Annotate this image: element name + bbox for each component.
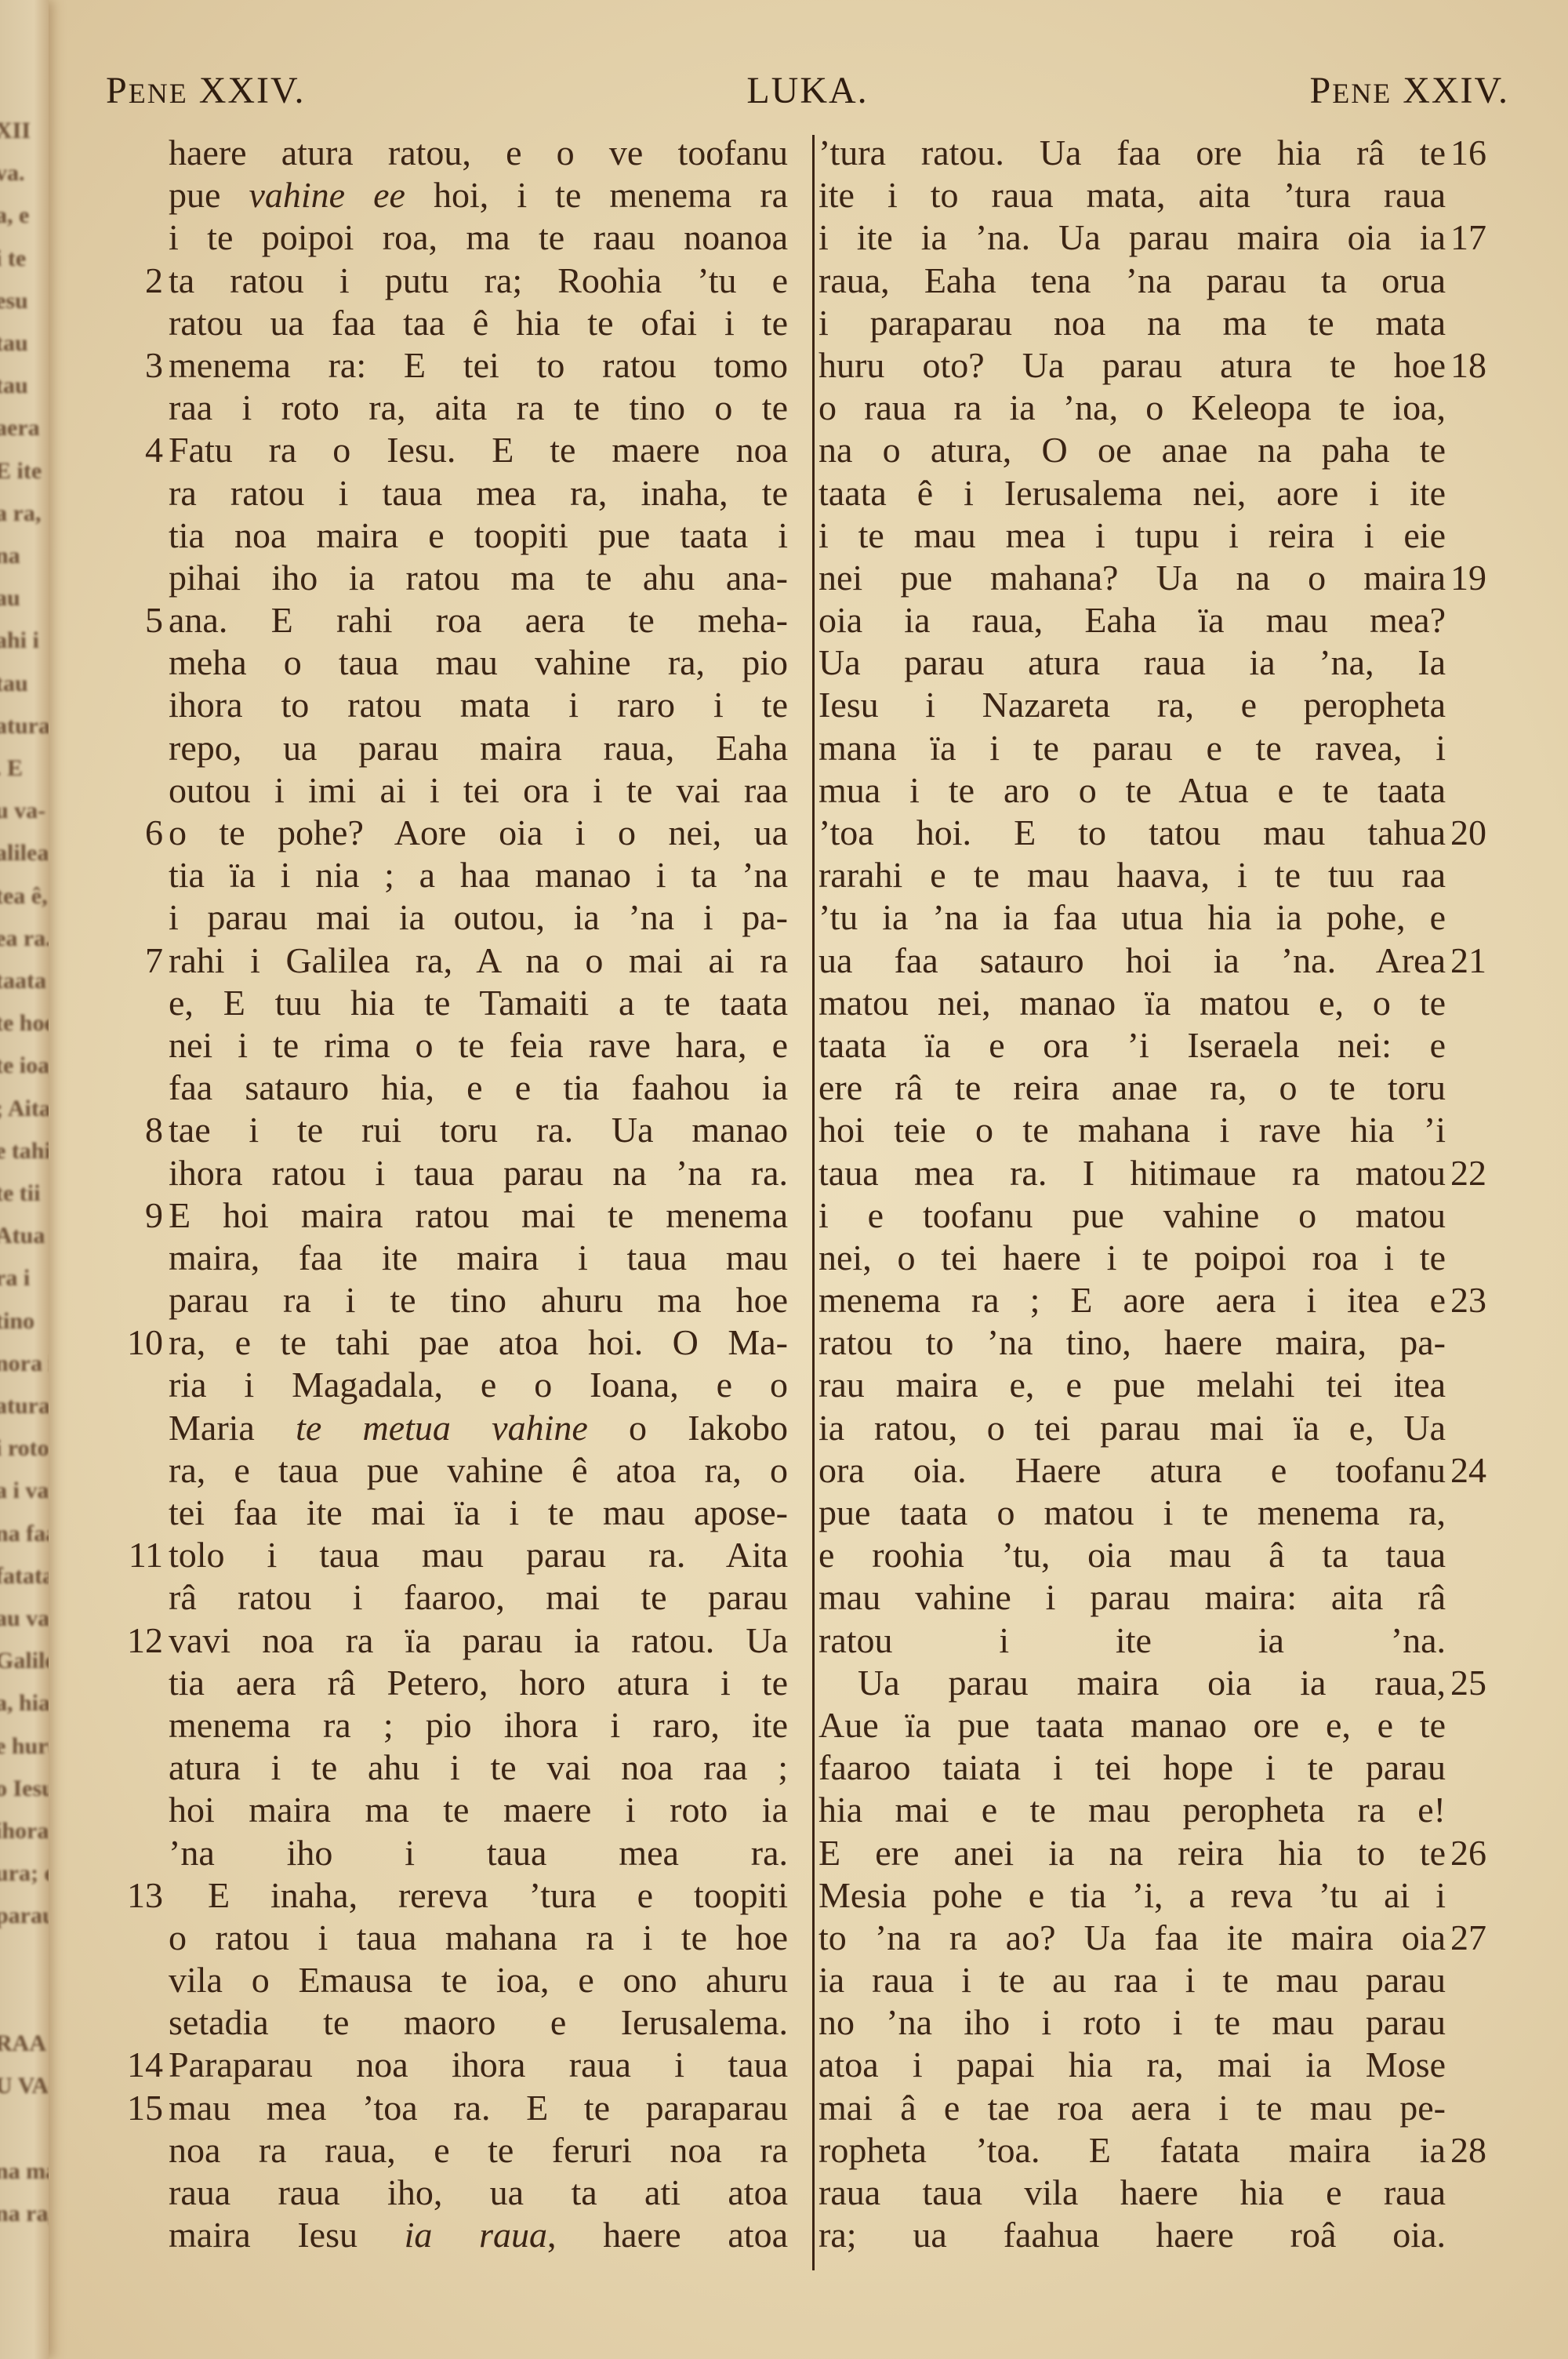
text-line: 14Paraparau noa ihora raua i taua [110, 2044, 789, 2086]
text-line: repo, ua parau maira raua, Eaha [110, 727, 789, 769]
facing-page-fragment: a ra, [0, 500, 49, 527]
text-line: 5ana. E rahi roa aera te meha- [110, 599, 789, 642]
line-text: ihora ratou i taua parau na ’na ra. [169, 1152, 788, 1194]
verse-number: 13 [110, 1874, 163, 1917]
line-text: oia ia raua, Eaha ïa mau mea? [818, 599, 1446, 642]
text-line: 25Ua parau maira oia ia raua, [818, 1662, 1505, 1704]
line-text: ia ratou, o tei parau mai ïa e, Ua [818, 1407, 1446, 1449]
text-line: hia mai e te mau peropheta ra e! [818, 1789, 1505, 1831]
line-text: outou i imi ai i tei ora i te vai raa [169, 769, 788, 812]
line-text: ihora to ratou mata i raro i te [169, 684, 788, 726]
text-run: o Iakobo [588, 1408, 788, 1448]
text-line: vila o Emausa te ioa, e ono ahuru [110, 1959, 789, 2001]
text-line: 19nei pue mahana? Ua na o maira [818, 557, 1505, 599]
text-line: Iesu i Nazareta ra, e peropheta [818, 684, 1505, 726]
text-line: i te mau mea i tupu i reira i eie [818, 514, 1505, 557]
text-line: Aue ïa pue taata manao ore e, e te [818, 1704, 1505, 1747]
running-header-right: PENE XXIV. [1310, 69, 1509, 112]
text-line: atura i te ahu i te vai noa raa ; [110, 1747, 789, 1789]
text-line: tia ïa i nia ; a haa manao i ta ’na [110, 854, 789, 896]
scanned-bible-page: XIIva.a, ei teesutautauaeraE itea ra,naa… [0, 0, 1568, 2359]
text-line: no ’na iho i roto i te mau parau [818, 2001, 1505, 2044]
text-line: 4Fatu ra o Iesu. E te maere noa [110, 429, 789, 471]
facing-page-fragment: Atua [0, 1223, 49, 1249]
line-text: e roohia ’tu, oia mau â ta taua [818, 1534, 1446, 1576]
line-text: ria i Magadala, e o Ioana, e o [169, 1364, 788, 1406]
line-text: hoi teie o te mahana i rave hia ’i [818, 1109, 1446, 1151]
text-line: e roohia ’tu, oia mau â ta taua [818, 1534, 1505, 1576]
verse-number: 8 [110, 1109, 163, 1151]
facing-page-fragment: esu [0, 288, 49, 314]
line-text: i te poipoi roa, ma te raau noanoa [169, 216, 788, 259]
text-line: rarahi e te mau haava, i te tuu raa [818, 854, 1505, 896]
verse-number: 15 [110, 2087, 163, 2129]
text-line: 10ra, e te tahi pae atoa hoi. O Ma- [110, 1321, 789, 1364]
line-text: e, E tuu hia te Tamaiti a te taata [169, 982, 788, 1024]
text-line: 23menema ra ; E aore aera i itea e [818, 1279, 1505, 1321]
text-line: mua i te aro o te Atua e te taata [818, 769, 1505, 812]
line-text: ite i to raua mata, aita ’tura raua [818, 174, 1446, 216]
text-line: nei, o tei haere i te poipoi roa i te [818, 1237, 1505, 1279]
text-line: faa satauro hia, e e tia faahou ia [110, 1067, 789, 1109]
verse-number: 27 [1450, 1917, 1505, 1959]
line-text: raa i roto ra, aita ra te tino o te [169, 387, 788, 429]
facing-page-fragment: na ra, [0, 2201, 49, 2227]
line-text: noa ra raua, e te feruri noa ra [169, 2129, 788, 2172]
text-line: raua raua iho, ua ta ati atoa [110, 2172, 789, 2214]
line-text: E inaha, rereva ’tura e toopiti [169, 1874, 788, 1917]
line-text: meha o taua mau vahine ra, pio [169, 642, 788, 684]
facing-page-fragment: ahi i [0, 627, 49, 654]
line-text: Fatu ra o Iesu. E te maere noa [169, 429, 788, 471]
text-line: mau vahine i parau maira: aita râ [818, 1576, 1505, 1619]
text-line: rau maira e, e pue melahi tei itea [818, 1364, 1505, 1406]
line-text: huru oto? Ua parau atura te hoe [818, 344, 1446, 387]
facing-page-fragment: XII [0, 118, 49, 144]
facing-page-fragment: E ite [0, 458, 49, 485]
facing-page-edge: XIIva.a, ei teesutautauaeraE itea ra,naa… [0, 0, 49, 2359]
facing-page-fragment: taata [0, 968, 49, 994]
line-text: pihai iho ia ratou ma te ahu ana- [169, 557, 788, 599]
facing-page-fragment: u va- [0, 798, 49, 824]
text-line: maira Iesu ia raua, haere atoa [110, 2214, 789, 2256]
line-text: i paraparau noa na ma te mata [818, 302, 1446, 344]
verse-number: 2 [110, 260, 163, 302]
text-line: hoi teie o te mahana i rave hia ’i [818, 1109, 1505, 1151]
text-line: noa ra raua, e te feruri noa ra [110, 2129, 789, 2172]
text-line: ratou i ite ia ’na. [818, 1619, 1505, 1662]
text-run: , haere atoa [547, 2215, 788, 2255]
line-text: ’tura ratou. Ua faa ore hia râ te [818, 132, 1446, 174]
italic-supplied-words: vahine ee [249, 175, 405, 215]
line-text: faa satauro hia, e e tia faahou ia [169, 1067, 788, 1109]
verse-number: 17 [1450, 216, 1505, 259]
line-text: hoi maira ma te maere i roto ia [169, 1789, 788, 1831]
text-line: atoa i papai hia ra, mai ia Mose [818, 2044, 1505, 2086]
text-line: pue vahine ee hoi, i te menema ra [110, 174, 789, 216]
line-text: menema ra ; pio ihora i raro, ite [169, 1704, 788, 1747]
text-line: 27to ’na ra ao? Ua faa ite maira oia [818, 1917, 1505, 1959]
line-text: matou nei, manao ïa matou e, o te [818, 982, 1446, 1024]
facing-page-fragment: Galilea [0, 1648, 49, 1674]
facing-page-fragment: atura [0, 713, 49, 740]
line-text: Ua parau atura raua ia ’na, Ia [818, 642, 1446, 684]
text-line: 17i ite ia ’na. Ua parau maira oia ia [818, 216, 1505, 259]
text-line: oia ia raua, Eaha ïa mau mea? [818, 599, 1505, 642]
line-text: ra; ua faahua haere roâ oia. [818, 2214, 1446, 2256]
text-line: tia noa maira e toopiti pue taata i [110, 514, 789, 557]
text-line: 18huru oto? Ua parau atura te hoe [818, 344, 1505, 387]
text-line: tei faa ite mai ïa i te mau apose- [110, 1492, 789, 1534]
line-text: faaroo taiata i tei hope i te parau [818, 1747, 1446, 1789]
facing-page-fragment: parau [0, 1903, 49, 1929]
text-line: ra, e taua pue vahine ê atoa ra, o [110, 1449, 789, 1492]
text-line: i e toofanu pue vahine o matou [818, 1194, 1505, 1237]
facing-page-fragment: na faa [0, 1521, 49, 1547]
text-line: parau ra i te tino ahuru ma hoe [110, 1279, 789, 1321]
facing-page-fragment: tau [0, 330, 49, 357]
facing-page-fragment: RAA I [0, 2030, 49, 2057]
line-text: mau vahine i parau maira: aita râ [818, 1576, 1446, 1619]
text-line: 12vavi noa ra ïa parau ia ratou. Ua [110, 1619, 789, 1662]
line-text: ere râ te reira anae ra, o te toru [818, 1067, 1446, 1109]
verse-number: 16 [1450, 132, 1505, 174]
text-line: ria i Magadala, e o Ioana, e o [110, 1364, 789, 1406]
line-text: tei faa ite mai ïa i te mau apose- [169, 1492, 788, 1534]
text-line: ia raua i te au raa i te mau parau [818, 1959, 1505, 2001]
text-line: pihai iho ia ratou ma te ahu ana- [110, 557, 789, 599]
text-line: 11tolo i taua mau parau ra. Aita [110, 1534, 789, 1576]
italic-supplied-words: ia raua [405, 2215, 547, 2255]
line-text: o ratou i taua mahana ra i te hoe [169, 1917, 788, 1959]
text-run: hoi, i te menema ra [405, 175, 788, 215]
text-line: e, E tuu hia te Tamaiti a te taata [110, 982, 789, 1024]
verse-number: 26 [1450, 1832, 1505, 1874]
facing-page-fragment: ra i [0, 1265, 49, 1292]
line-text: pue taata o matou i te menema ra, [818, 1492, 1446, 1534]
facing-page-fragment: ura; e [0, 1860, 49, 1887]
verse-number: 11 [110, 1534, 163, 1576]
right-text-column: 16’tura ratou. Ua faa ore hia râ teite i… [818, 132, 1505, 2256]
line-text: rahi i Galilea ra, A na o mai ai ra [169, 940, 788, 982]
facing-page-fragment: U VA- [0, 2073, 49, 2099]
text-line: 24ora oia. Haere atura e toofanu [818, 1449, 1505, 1492]
text-line: pue taata o matou i te menema ra, [818, 1492, 1505, 1534]
line-text: raua taua vila haere hia e raua [818, 2172, 1446, 2214]
verse-number: 10 [110, 1321, 163, 1364]
line-text: ratou i ite ia ’na. [818, 1619, 1446, 1662]
line-text: mana ïa i te parau e te ravea, i [818, 727, 1446, 769]
line-text: tia aera râ Petero, horo atura i te [169, 1662, 788, 1704]
line-text: ropheta ’toa. E fatata maira ia [818, 2129, 1446, 2172]
line-text: tae i te rui toru ra. Ua manao [169, 1109, 788, 1151]
line-text: Aue ïa pue taata manao ore e, e te [818, 1704, 1446, 1747]
facing-page-fragment: tau [0, 671, 49, 697]
text-line: nei i te rima o te feia rave hara, e [110, 1024, 789, 1067]
line-text: ra, e taua pue vahine ê atoa ra, o [169, 1449, 788, 1492]
line-text: to ’na ra ao? Ua faa ite maira oia [818, 1917, 1446, 1959]
text-line: 9E hoi maira ratou mai te menema [110, 1194, 789, 1237]
text-line: 8tae i te rui toru ra. Ua manao [110, 1109, 789, 1151]
text-line: Mesia pohe e tia ’i, a reva ’tu ai i [818, 1874, 1505, 1917]
text-line: raa i roto ra, aita ra te tino o te [110, 387, 789, 429]
line-text: setadia te maoro e Ierusalema. [169, 2001, 788, 2044]
text-line: 28ropheta ’toa. E fatata maira ia [818, 2129, 1505, 2172]
line-text: haere atura ratou, e o ve toofanu [169, 132, 788, 174]
line-text: i ite ia ’na. Ua parau maira oia ia [818, 216, 1446, 259]
line-text: raua raua iho, ua ta ati atoa [169, 2172, 788, 2214]
line-text: repo, ua parau maira raua, Eaha [169, 727, 788, 769]
facing-page-fragment: e tahi [0, 1138, 49, 1165]
line-text: râ ratou i faaroo, mai te parau [169, 1576, 788, 1619]
line-text: vavi noa ra ïa parau ia ratou. Ua [169, 1619, 788, 1662]
facing-page-fragment: ea ra. [0, 925, 49, 952]
line-text: rarahi e te mau haava, i te tuu raa [818, 854, 1446, 896]
text-line: taata ïa e ora ’i Iseraela nei: e [818, 1024, 1505, 1067]
line-text: no ’na iho i roto i te mau parau [818, 2001, 1446, 2044]
verse-number: 28 [1450, 2129, 1505, 2172]
header-right-smallcaps: ENE [1332, 78, 1392, 109]
text-line: ia ratou, o tei parau mai ïa e, Ua [818, 1407, 1505, 1449]
text-line: 20’toa hoi. E to tatou mau tahua [818, 812, 1505, 854]
facing-page-fragment: tau [0, 373, 49, 399]
line-text: ora oia. Haere atura e toofanu [818, 1449, 1446, 1492]
facing-page-fragment: tea ê, [0, 883, 49, 910]
line-text: menema ra: E tei to ratou tomo [169, 344, 788, 387]
line-text: ratou ua faa taa ê hia te ofai i te [169, 302, 788, 344]
text-line: 21ua faa satauro hoi ia ’na. Area [818, 940, 1505, 982]
facing-page-fragment: alilea [0, 840, 49, 867]
line-text: mua i te aro o te Atua e te taata [818, 769, 1446, 812]
text-line: tia aera râ Petero, horo atura i te [110, 1662, 789, 1704]
line-text: Mesia pohe e tia ’i, a reva ’tu ai i [818, 1874, 1446, 1917]
facing-page-fragment: na ma- [0, 2158, 49, 2185]
verse-number: 23 [1450, 1279, 1505, 1321]
line-text: hia mai e te mau peropheta ra e! [818, 1789, 1446, 1831]
text-line: ere râ te reira anae ra, o te toru [818, 1067, 1505, 1109]
facing-page-fragment: na [0, 543, 49, 569]
line-text: taata ïa e ora ’i Iseraela nei: e [818, 1024, 1446, 1067]
text-line: menema ra ; pio ihora i raro, ite [110, 1704, 789, 1747]
text-line: i parau mai ia outou, ia ’na i pa- [110, 896, 789, 939]
line-text: Ua parau maira oia ia raua, [818, 1662, 1446, 1704]
text-line: 15mau mea ’toa ra. E te paraparau [110, 2087, 789, 2129]
facing-page-fragment: au [0, 585, 49, 612]
text-line: ihora to ratou mata i raro i te [110, 684, 789, 726]
text-line: matou nei, manao ïa matou e, o te [818, 982, 1505, 1024]
text-line: 2ta ratou i putu ra; Roohia ’tu e [110, 260, 789, 302]
text-run: Maria [169, 1408, 296, 1448]
text-line: 16’tura ratou. Ua faa ore hia râ te [818, 132, 1505, 174]
line-text: Maria te metua vahine o Iakobo [169, 1407, 788, 1449]
text-line: ’tu ia ’na ia faa utua hia ia pohe, e [818, 896, 1505, 939]
text-line: ra; ua faahua haere roâ oia. [818, 2214, 1505, 2256]
line-text: ra ratou i taua mea ra, inaha, te [169, 472, 788, 514]
line-text: na o atura, O oe anae na paha te [818, 429, 1446, 471]
line-text: ia raua i te au raa i te mau parau [818, 1959, 1446, 2001]
verse-number: 18 [1450, 344, 1505, 387]
text-line: ihora ratou i taua parau na ’na ra. [110, 1152, 789, 1194]
text-line: Maria te metua vahine o Iakobo [110, 1407, 789, 1449]
text-line: meha o taua mau vahine ra, pio [110, 642, 789, 684]
line-text: ua faa satauro hoi ia ’na. Area [818, 940, 1446, 982]
line-text: mau mea ’toa ra. E te paraparau [169, 2087, 788, 2129]
text-line: Ua parau atura raua ia ’na, Ia [818, 642, 1505, 684]
facing-page-fragment: a i vai [0, 1478, 49, 1504]
line-text: maira, faa ite maira i taua mau [169, 1237, 788, 1279]
line-text: o te pohe? Aore oia i o nei, ua [169, 812, 788, 854]
verse-number: 19 [1450, 557, 1505, 599]
facing-page-fragment: ; Aita [0, 1096, 49, 1122]
line-text: taua mea ra. I hitimaue ra matou [818, 1152, 1446, 1194]
text-line: i paraparau noa na ma te mata [818, 302, 1505, 344]
verse-number: 6 [110, 812, 163, 854]
text-line: ratou ua faa taa ê hia te ofai i te [110, 302, 789, 344]
line-text: rau maira e, e pue melahi tei itea [818, 1364, 1446, 1406]
line-text: tolo i taua mau parau ra. Aita [169, 1534, 788, 1576]
facing-page-fragment: a, hia [0, 1690, 49, 1717]
text-line: taata ê i Ierusalema nei, aore i ite [818, 472, 1505, 514]
italic-supplied-words: te metua vahine [296, 1408, 588, 1448]
line-text: E ere anei ia na reira hia to te [818, 1832, 1446, 1874]
line-text: ’tu ia ’na ia faa utua hia ia pohe, e [818, 896, 1446, 939]
text-line: outou i imi ai i tei ora i te vai raa [110, 769, 789, 812]
verse-number: 21 [1450, 940, 1505, 982]
line-text: atura i te ahu i te vai noa raa ; [169, 1747, 788, 1789]
line-text: ana. E rahi roa aera te meha- [169, 599, 788, 642]
left-text-column: haere atura ratou, e o ve toofanupue vah… [110, 132, 789, 2256]
verse-number: 20 [1450, 812, 1505, 854]
text-line: setadia te maoro e Ierusalema. [110, 2001, 789, 2044]
line-text: ’na iho i taua mea ra. [169, 1832, 788, 1874]
line-text: nei i te rima o te feia rave hara, e [169, 1024, 788, 1067]
line-text: Iesu i Nazareta ra, e peropheta [818, 684, 1446, 726]
text-line: 22taua mea ra. I hitimaue ra matou [818, 1152, 1505, 1194]
text-line: mana ïa i te parau e te ravea, i [818, 727, 1505, 769]
header-right-chapter: XXIV. [1392, 70, 1509, 111]
text-line: raua, Eaha tena ’na parau ta orua [818, 260, 1505, 302]
verse-number: 22 [1450, 1152, 1505, 1194]
line-text: Paraparau noa ihora raua i taua [169, 2044, 788, 2086]
verse-number: 7 [110, 940, 163, 982]
verse-number: 12 [110, 1619, 163, 1662]
line-text: ra, e te tahi pae atoa hoi. O Ma- [169, 1321, 788, 1364]
facing-page-fragment: tino [0, 1308, 49, 1335]
line-text: taata ê i Ierusalema nei, aore i ite [818, 472, 1446, 514]
verse-number: 25 [1450, 1662, 1505, 1704]
text-line: 6o te pohe? Aore oia i o nei, ua [110, 812, 789, 854]
line-text: E hoi maira ratou mai te menema [169, 1194, 788, 1237]
line-text: o raua ra ia ’na, o Keleopa te ioa, [818, 387, 1446, 429]
line-text: i e toofanu pue vahine o matou [818, 1194, 1446, 1237]
line-text: mai â e tae roa aera i te mau pe- [818, 2087, 1446, 2129]
line-text: i parau mai ia outou, ia ’na i pa- [169, 896, 788, 939]
facing-page-fragment: va. [0, 160, 49, 187]
facing-page-fragment: te hoe [0, 1010, 49, 1037]
line-text: pue vahine ee hoi, i te menema ra [169, 174, 788, 216]
line-text: tia ïa i nia ; a haa manao i ta ’na [169, 854, 788, 896]
line-text: nei pue mahana? Ua na o maira [818, 557, 1446, 599]
column-divider [812, 135, 815, 2270]
text-line: ra ratou i taua mea ra, inaha, te [110, 472, 789, 514]
text-line: 26E ere anei ia na reira hia to te [818, 1832, 1505, 1874]
text-line: hoi maira ma te maere i roto ia [110, 1789, 789, 1831]
text-run: pue [169, 175, 249, 215]
text-line: 7rahi i Galilea ra, A na o mai ai ra [110, 940, 789, 982]
facing-page-fragment: te ioa, [0, 1052, 49, 1079]
line-text: raua, Eaha tena ’na parau ta orua [818, 260, 1446, 302]
text-line: o ratou i taua mahana ra i te hoe [110, 1917, 789, 1959]
text-line: i te poipoi roa, ma te raau noanoa [110, 216, 789, 259]
facing-page-fragment: o Iesu [0, 1776, 49, 1802]
line-text: tia noa maira e toopiti pue taata i [169, 514, 788, 557]
line-text: ’toa hoi. E to tatou mau tahua [818, 812, 1446, 854]
text-run: maira Iesu [169, 2215, 405, 2255]
text-line: mai â e tae roa aera i te mau pe- [818, 2087, 1505, 2129]
facing-page-fragment: ihora [0, 1818, 49, 1845]
text-line: 13E inaha, rereva ’tura e toopiti [110, 1874, 789, 1917]
line-text: nei, o tei haere i te poipoi roa i te [818, 1237, 1446, 1279]
facing-page-fragment: te tii [0, 1180, 49, 1207]
facing-page-fragment: nora i [0, 1350, 49, 1377]
line-text: parau ra i te tino ahuru ma hoe [169, 1279, 788, 1321]
line-text: atoa i papai hia ra, mai ia Mose [818, 2044, 1446, 2086]
line-text: vila o Emausa te ioa, e ono ahuru [169, 1959, 788, 2001]
facing-page-fragment: aera [0, 415, 49, 442]
text-line: maira, faa ite maira i taua mau [110, 1237, 789, 1279]
verse-number: 4 [110, 429, 163, 471]
line-text: menema ra ; E aore aera i itea e [818, 1279, 1446, 1321]
facing-page-fragment: fatata [0, 1563, 49, 1590]
text-line: 3menema ra: E tei to ratou tomo [110, 344, 789, 387]
facing-page-fragment: i roto [0, 1435, 49, 1462]
facing-page-fragment: a, e [0, 202, 49, 229]
header-right-initial: P [1310, 70, 1333, 111]
line-text: i te mau mea i tupu i reira i eie [818, 514, 1446, 557]
facing-page-fragment: au va- [0, 1605, 49, 1632]
text-line: faaroo taiata i tei hope i te parau [818, 1747, 1505, 1789]
text-line: ite i to raua mata, aita ’tura raua [818, 174, 1505, 216]
verse-number: 3 [110, 344, 163, 387]
facing-page-fragment: e huru [0, 1733, 49, 1760]
text-line: ’na iho i taua mea ra. [110, 1832, 789, 1874]
text-line: raua taua vila haere hia e raua [818, 2172, 1505, 2214]
text-line: o raua ra ia ’na, o Keleopa te ioa, [818, 387, 1505, 429]
verse-number: 24 [1450, 1449, 1505, 1492]
line-text: ta ratou i putu ra; Roohia ’tu e [169, 260, 788, 302]
line-text: ratou to ’na tino, haere maira, pa- [818, 1321, 1446, 1364]
text-line: na o atura, O oe anae na paha te [818, 429, 1505, 471]
text-line: haere atura ratou, e o ve toofanu [110, 132, 789, 174]
verse-number: 5 [110, 599, 163, 642]
facing-page-fragment: atura [0, 1393, 49, 1419]
facing-page-fragment: i te [0, 245, 49, 272]
text-line: râ ratou i faaroo, mai te parau [110, 1576, 789, 1619]
line-text: maira Iesu ia raua, haere atoa [169, 2214, 788, 2256]
facing-page-fragment: . E [0, 755, 49, 782]
verse-number: 14 [110, 2044, 163, 2086]
text-line: ratou to ’na tino, haere maira, pa- [818, 1321, 1505, 1364]
verse-number: 9 [110, 1194, 163, 1237]
